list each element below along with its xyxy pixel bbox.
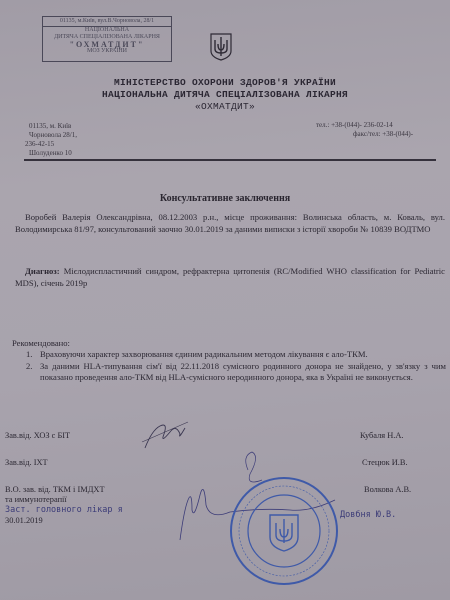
diagnosis-label: Диагноз: [25, 266, 60, 276]
signature-name-1: Кубаля Н.А. [360, 431, 404, 440]
header-divider [24, 159, 436, 161]
document-date: 30.01.2019 [5, 516, 43, 525]
recommendation-item: 1. Враховуючи характер захворювання єдин… [26, 349, 446, 361]
diagnosis: Диагноз: Мієлодиспластичний синдром, реф… [15, 266, 445, 289]
handwritten-deputy-title: Заст. головного лікар я [5, 505, 123, 515]
stamp-line3: "ОХМАТДИТ" [43, 41, 171, 48]
recommendation-item: 2. За даними HLA-типування сім'ї від 22.… [26, 361, 446, 384]
address-line-4: Шолуденко 10 [29, 149, 72, 157]
hospital-corner-stamp: 01135, м.Київ, вул.В.Чорновола, 28/1 НАЦ… [42, 16, 172, 62]
document-page: 01135, м.Київ, вул.В.Чорновола, 28/1 НАЦ… [0, 0, 450, 600]
official-round-stamp-icon [228, 475, 340, 587]
signature-position-2: Зав.від. ІХТ [5, 458, 48, 467]
hospital-short-name: «ОХМАТДИТ» [0, 101, 450, 112]
address-line-2: Чорновола 28/1, [29, 131, 77, 139]
document-title: Консультативне заключення [0, 193, 450, 204]
stamp-address: 01135, м.Київ, вул.В.Чорновола, 28/1 [43, 17, 171, 27]
stamp-line4: МОЗ УКРАЇНИ [43, 48, 171, 55]
signature-position-3: В.О. зав. від. ТКМ і ІМДХТ [5, 485, 105, 494]
recommendations-list: 1. Враховуючи характер захворювання єдин… [26, 349, 446, 384]
signature-name-2: Стецюк И.В. [362, 458, 408, 467]
address-line-1: 01135, м. Київ [29, 122, 71, 130]
signature-position-3b: та иммунотерапії [5, 495, 67, 504]
signature-position-1: Зав.від. ХОЗ с БІТ [5, 431, 70, 440]
ukraine-trident-icon [210, 33, 232, 61]
ministry-name: МІНІСТЕРСТВО ОХОРОНИ ЗДОРОВ'Я УКРАЇНИ [0, 77, 450, 88]
diagnosis-text: Мієлодиспластичний синдром, рефрактерна … [15, 266, 445, 288]
handwritten-deputy-name: Довбня Ю.В. [340, 510, 396, 520]
signature-scribble-icon [140, 420, 190, 450]
phone-number: тел.: +38-(044)- 236-02-14 [316, 121, 393, 129]
fax-number: факс/тел: +38-(044)- [353, 130, 413, 138]
signature-name-3: Волкова А.В. [364, 485, 411, 494]
hospital-name: НАЦІОНАЛЬНА ДИТЯЧА СПЕЦІАЛІЗОВАНА ЛІКАРН… [0, 89, 450, 100]
address-line-3: 236-42-15 [25, 140, 54, 148]
patient-info: Воробей Валерія Олександрівна, 08.12.200… [15, 212, 445, 235]
recommended-label: Рекомендовано: [12, 338, 70, 348]
stamp-line1: НАЦІОНАЛЬНА [43, 27, 171, 34]
